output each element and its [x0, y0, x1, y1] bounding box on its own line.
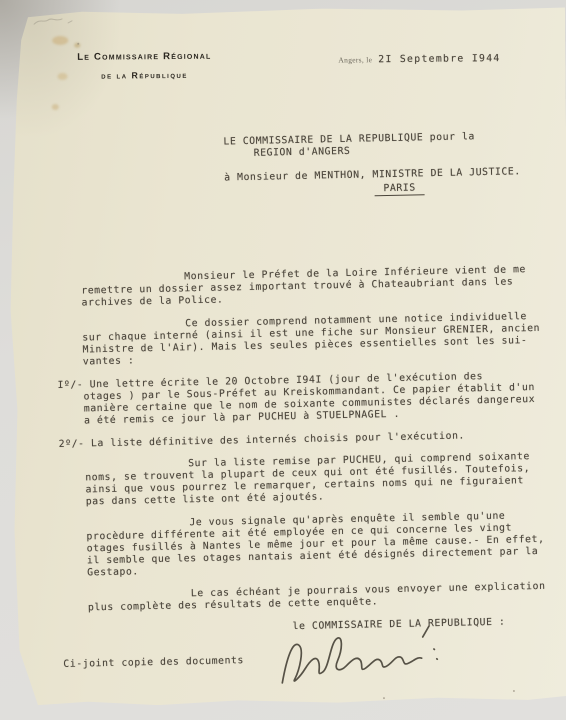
typed-layer: LE COMMISSAIRE DE LA REPUBLIQUE pour la …	[0, 0, 566, 710]
paragraph-3: Iº/- Une lettre écrite le 20 Octobre I94…	[57, 369, 566, 428]
paper-sheet: Le Commissaire Régional de la République…	[2, 6, 566, 710]
paragraph-4: 2º/- La liste définitive des internés ch…	[59, 428, 566, 451]
paragraph-2: Ce dossier comprend notamment une notice…	[56, 310, 566, 369]
letter-body: Monsieur le Préfet de la Loire Inférieur…	[55, 263, 566, 671]
scanned-letter-photo: { "colors": { "background": "#dedddb", "…	[0, 0, 566, 720]
signature-stroke	[279, 631, 423, 683]
recipient-block: LE COMMISSAIRE DE LA REPUBLIQUE pour la …	[223, 130, 521, 198]
paragraph-1: Monsieur le Préfet de la Loire Inférieur…	[55, 263, 566, 310]
paragraph-7: Le cas échéant je pourrais vous envoyer …	[62, 580, 566, 615]
paragraph-6: Je vous signale qu'après enquête il semb…	[60, 509, 566, 580]
signature-dot	[437, 659, 438, 660]
paragraph-5: Sur la liste remise par PUCHEU, qui comp…	[59, 450, 566, 509]
recipient-city: PARIS	[374, 182, 425, 196]
signature-dot	[434, 649, 435, 650]
handwritten-signature	[271, 610, 449, 703]
signature-accent	[422, 626, 430, 637]
